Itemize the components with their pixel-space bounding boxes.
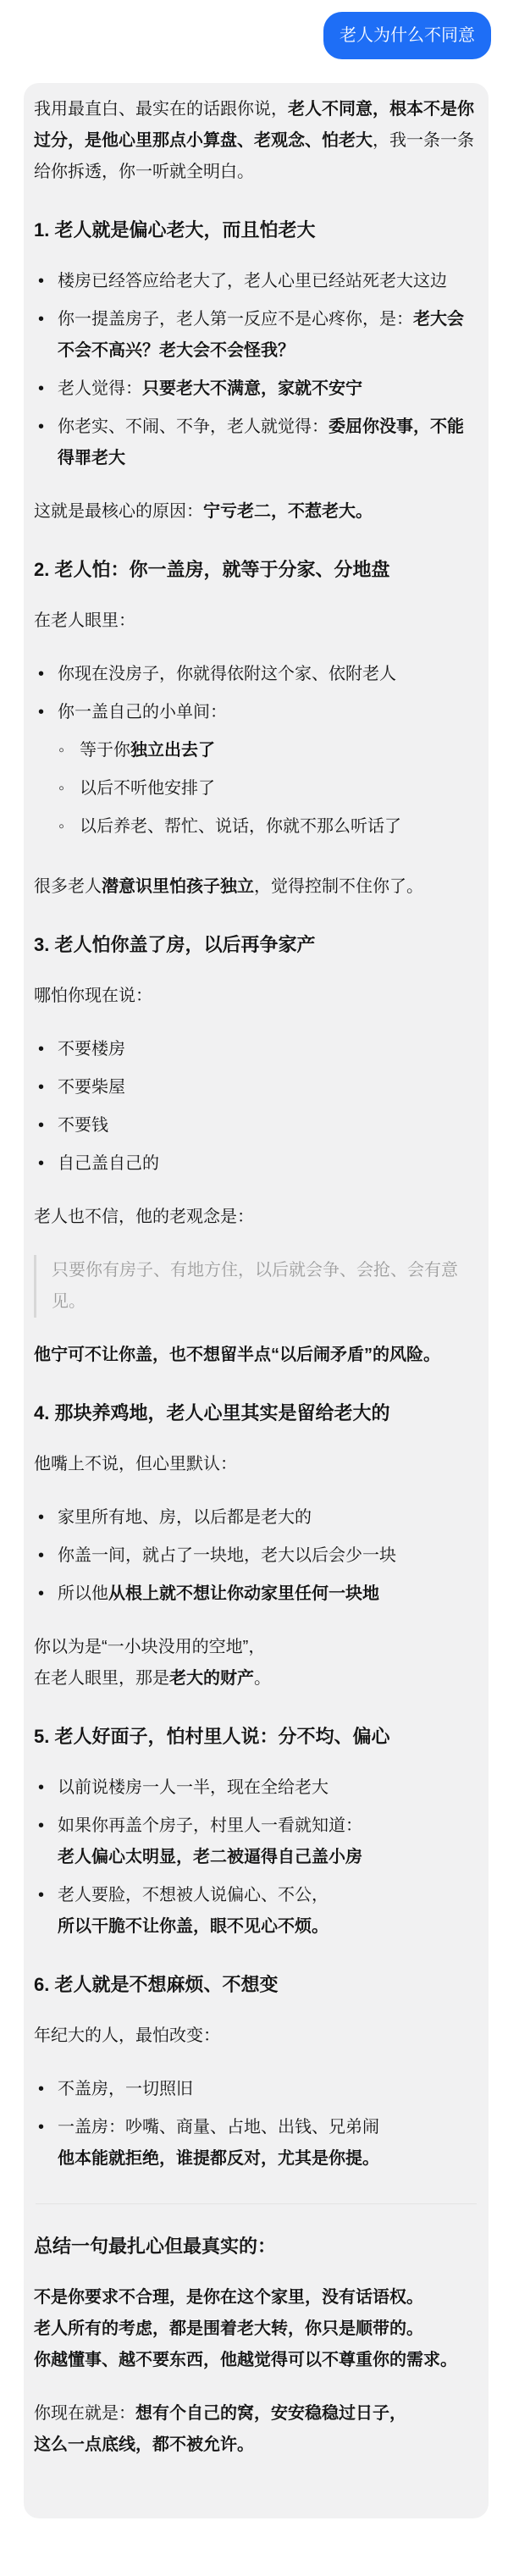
section-heading: 5. 老人好面子，怕村里人说：分不均、偏心	[34, 1723, 478, 1750]
text-run: 潜意识里怕孩子独立	[102, 877, 254, 896]
text-run: 在老人眼里，那是	[34, 1669, 169, 1688]
text-run: 很多老人	[34, 877, 102, 896]
text-run: 楼房已经答应给老大了，老人心里已经站死老大这边	[58, 272, 447, 290]
paragraph: 你以为是“一小块没用的空地”，在老人眼里，那是老大的财产。	[34, 1632, 478, 1694]
bullet-item-text: 你盖一间，就占了一块地，老大以后会少一块	[58, 1540, 478, 1572]
text-run: 我用最直白、最实在的话跟你说，	[34, 100, 288, 119]
bullet-icon: •	[34, 1540, 58, 1572]
blockquote: 只要你有房子、有地方住，以后就会争、会抢、会有意见。	[34, 1255, 478, 1318]
text-run: 总结一句最扎心但最真实的：	[34, 2236, 276, 2257]
paragraph: 老人也不信，他的老观念是：	[34, 1202, 478, 1233]
text-run: 以后不听他安排了	[80, 779, 215, 798]
sub-bullet-icon: ◦	[58, 735, 80, 766]
text-run: 不要钱	[58, 1116, 108, 1135]
section-heading: 2. 老人怕：你一盖房，就等于分家、分地盘	[34, 556, 478, 583]
bullet-item: •楼房已经答应给老大了，老人心里已经站死老大这边	[34, 266, 478, 297]
bullet-item: •一盖房：吵嘴、商量、占地、出钱、兄弟闹他本能就拒绝，谁提都反对，尤其是你提。	[34, 2112, 478, 2175]
bullet-item-text: 老人觉得：只要老大不满意，家就不安宁	[58, 373, 478, 405]
text-run: 你现在就是：	[34, 2404, 135, 2423]
assistant-message-bubble: 我用最直白、最实在的话跟你说，老人不同意，根本不是你过分，是他心里那点小算盘、老…	[24, 83, 489, 2518]
bullet-item-text: 不要柴屋	[58, 1072, 478, 1103]
bullet-icon: •	[34, 1502, 58, 1534]
text-run: 老人偏心太明显，老二被逼得自己盖小房	[58, 1848, 362, 1866]
bullet-list: •你现在没房子，你就得依附这个家、依附老人•你一盖自己的小单间：◦等于你独立出去…	[34, 659, 478, 849]
bullet-list: •不要楼房•不要柴屋•不要钱•自己盖自己的	[34, 1034, 478, 1180]
bullet-item-text: 不要楼房	[58, 1034, 478, 1065]
section-heading: 6. 老人就是不想麻烦、不想变	[34, 1971, 478, 1998]
bullet-item: •如果你再盖个房子，村里人一看就知道：老人偏心太明显，老二被逼得自己盖小房	[34, 1810, 478, 1873]
text-run: 你老实、不闹、不争，老人就觉得：	[58, 417, 329, 436]
bullet-list: •家里所有地、房，以后都是老大的•你盖一间，就占了一块地，老大以后会少一块•所以…	[34, 1502, 478, 1610]
bullet-item-text: 你一提盖房子，老人第一反应不是心疼你，是：老大会不会不高兴？老大会不会怪我？	[58, 304, 478, 367]
section-heading: 总结一句最扎心但最真实的：	[34, 2233, 478, 2260]
paragraph: 哪怕你现在说：	[34, 981, 478, 1012]
text-run: 一盖房：吵嘴、商量、占地、出钱、兄弟闹	[58, 2118, 379, 2137]
text-run: 如果你再盖个房子，村里人一看就知道：	[58, 1816, 362, 1835]
section-heading: 1. 老人就是偏心老大，而且怕老大	[34, 217, 478, 244]
bullet-icon: •	[34, 1880, 58, 1943]
chat-thread: 老人为什么不同意 我用最直白、最实在的话跟你说，老人不同意，根本不是你过分，是他…	[0, 0, 508, 2518]
text-run: 只要你有房子、有地方住，以后就会争、会抢、会有意见。	[52, 1261, 458, 1311]
bullet-item: •所以他从根上就不想让你动家里任何一块地	[34, 1578, 478, 1610]
text-run: 2. 老人怕：你一盖房，就等于分家、分地盘	[34, 559, 389, 580]
bullet-item: •不要钱	[34, 1110, 478, 1142]
paragraph: 这就是最核心的原因：宁亏老二，不惹老大。	[34, 496, 478, 528]
section-heading: 3. 老人怕你盖了房，以后再争家产	[34, 931, 478, 959]
bullet-item-text: 家里所有地、房，以后都是老大的	[58, 1502, 478, 1534]
text-run: 不盖房，一切照旧	[58, 2080, 193, 2098]
bullet-item: •你现在没房子，你就得依附这个家、依附老人	[34, 659, 478, 690]
bullet-icon: •	[34, 1578, 58, 1610]
bullet-icon: •	[34, 1034, 58, 1065]
bullet-list: •楼房已经答应给老大了，老人心里已经站死老大这边•你一提盖房子，老人第一反应不是…	[34, 266, 478, 474]
text-run: 不是你要求不合理，是你在这个家里，没有话语权。	[34, 2288, 423, 2307]
paragraph: 他宁可不让你盖，也不想留半点“以后闹矛盾”的风险。	[34, 1340, 478, 1371]
bullet-icon: •	[34, 373, 58, 405]
text-run: 1. 老人就是偏心老大，而且怕老大	[34, 219, 315, 240]
paragraph: 在老人眼里：	[34, 605, 478, 637]
text-run: 家里所有地、房，以后都是老大的	[58, 1508, 312, 1527]
assistant-content: 我用最直白、最实在的话跟你说，老人不同意，根本不是你过分，是他心里那点小算盘、老…	[34, 94, 478, 2461]
paragraph: 年纪大的人，最怕改变：	[34, 2020, 478, 2052]
text-run: 不要楼房	[58, 1040, 125, 1059]
bullet-item-text: 一盖房：吵嘴、商量、占地、出钱、兄弟闹他本能就拒绝，谁提都反对，尤其是你提。	[58, 2112, 478, 2175]
text-run: 老人所有的考虑，都是围着老大转，你只是顺带的。	[34, 2319, 423, 2338]
paragraph: 很多老人潜意识里怕孩子独立，觉得控制不住你了。	[34, 871, 478, 903]
sub-bullet-item-text: 等于你独立出去了	[80, 735, 478, 766]
bullet-list: •以前说楼房一人一半，现在全给老大•如果你再盖个房子，村里人一看就知道：老人偏心…	[34, 1772, 478, 1943]
text-run: 你现在没房子，你就得依附这个家、依附老人	[58, 665, 396, 683]
user-message-row: 老人为什么不同意	[0, 12, 508, 59]
bullet-item: •不要楼房	[34, 1034, 478, 1065]
text-run: 宁亏老二，不惹老大。	[203, 502, 373, 521]
bullet-item: •老人觉得：只要老大不满意，家就不安宁	[34, 373, 478, 405]
text-run: 老人也不信，他的老观念是：	[34, 1208, 254, 1226]
bullet-item-text: 所以他从根上就不想让你动家里任何一块地	[58, 1578, 478, 1610]
bullet-item-text: 楼房已经答应给老大了，老人心里已经站死老大这边	[58, 266, 478, 297]
text-run: ，觉得控制不住你了。	[254, 877, 423, 896]
divider	[36, 2203, 477, 2204]
bullet-item-text: 不要钱	[58, 1110, 478, 1142]
text-run: 老大的财产	[169, 1669, 254, 1688]
text-run: 他嘴上不说，但心里默认：	[34, 1455, 237, 1473]
text-run: 这就是最核心的原因：	[34, 502, 203, 521]
sub-bullet-item: ◦等于你独立出去了	[58, 735, 478, 766]
text-run: 哪怕你现在说：	[34, 987, 152, 1005]
bullet-icon: •	[34, 304, 58, 367]
paragraph: 我用最直白、最实在的话跟你说，老人不同意，根本不是你过分，是他心里那点小算盘、老…	[34, 94, 478, 188]
text-run: 所以干脆不让你盖，眼不见心不烦。	[58, 1917, 329, 1936]
bullet-icon: •	[34, 2112, 58, 2175]
text-run: 4. 那块养鸡地，老人心里其实是留给老大的	[34, 1402, 389, 1423]
bullet-item: •不要柴屋	[34, 1072, 478, 1103]
bullet-item: •老人要脸，不想被人说偏心、不公，所以干脆不让你盖，眼不见心不烦。	[34, 1880, 478, 1943]
sub-bullet-icon: ◦	[58, 811, 80, 843]
bullet-icon: •	[34, 266, 58, 297]
sub-bullet-item: ◦以后养老、帮忙、说话，你就不那么听话了	[58, 811, 478, 843]
bullet-item: •你盖一间，就占了一块地，老大以后会少一块	[34, 1540, 478, 1572]
text-run: 不要柴屋	[58, 1078, 125, 1097]
text-run: 以前说楼房一人一半，现在全给老大	[58, 1778, 329, 1797]
text-run: 。	[254, 1669, 271, 1688]
bullet-icon: •	[34, 412, 58, 474]
bullet-item-text: 你一盖自己的小单间：◦等于你独立出去了◦以后不听他安排了◦以后养老、帮忙、说话，…	[58, 697, 478, 849]
text-run: 你一提盖房子，老人第一反应不是心疼你，是：	[58, 310, 413, 329]
paragraph: 不是你要求不合理，是你在这个家里，没有话语权。老人所有的考虑，都是围着老大转，你…	[34, 2282, 478, 2376]
bullet-icon: •	[34, 1148, 58, 1180]
sub-bullet-item-text: 以后养老、帮忙、说话，你就不那么听话了	[80, 811, 478, 843]
text-run: 他宁可不让你盖，也不想留半点“以后闹矛盾”的风险。	[34, 1346, 440, 1364]
text-run: 所以他	[58, 1584, 108, 1603]
bullet-item-text: 自己盖自己的	[58, 1148, 478, 1180]
blockquote-text: 只要你有房子、有地方住，以后就会争、会抢、会有意见。	[52, 1255, 478, 1318]
text-run: 想有个自己的窝，安安稳稳过日子，	[135, 2404, 406, 2423]
text-run: 你盖一间，就占了一块地，老大以后会少一块	[58, 1546, 396, 1565]
bullet-item-text: 如果你再盖个房子，村里人一看就知道：老人偏心太明显，老二被逼得自己盖小房	[58, 1810, 478, 1873]
bullet-item: •你老实、不闹、不争，老人就觉得：委屈你没事，不能得罪老大	[34, 412, 478, 474]
user-message-text: 老人为什么不同意	[340, 26, 475, 45]
bullet-item: •自己盖自己的	[34, 1148, 478, 1180]
text-run: 3. 老人怕你盖了房，以后再争家产	[34, 934, 315, 955]
user-message-bubble: 老人为什么不同意	[323, 12, 491, 59]
bullet-item: •你一提盖房子，老人第一反应不是心疼你，是：老大会不会不高兴？老大会不会怪我？	[34, 304, 478, 367]
sub-bullet-item-text: 以后不听他安排了	[80, 773, 478, 804]
text-run: 你一盖自己的小单间：	[58, 703, 227, 721]
bullet-icon: •	[34, 659, 58, 690]
bullet-item-text: 不盖房，一切照旧	[58, 2074, 478, 2105]
bullet-item: •你一盖自己的小单间：◦等于你独立出去了◦以后不听他安排了◦以后养老、帮忙、说话…	[34, 697, 478, 849]
text-run: 你以为是“一小块没用的空地”，	[34, 1638, 265, 1656]
bullet-item: •家里所有地、房，以后都是老大的	[34, 1502, 478, 1534]
bullet-icon: •	[34, 697, 58, 849]
text-run: 自己盖自己的	[58, 1154, 159, 1173]
bullet-item-text: 你现在没房子，你就得依附这个家、依附老人	[58, 659, 478, 690]
paragraph: 他嘴上不说，但心里默认：	[34, 1449, 478, 1480]
section-heading: 4. 那块养鸡地，老人心里其实是留给老大的	[34, 1400, 478, 1427]
text-run: 老人要脸，不想被人说偏心、不公，	[58, 1886, 329, 1904]
text-run: 6. 老人就是不想麻烦、不想变	[34, 1974, 278, 1995]
bullet-item-text: 以前说楼房一人一半，现在全给老大	[58, 1772, 478, 1804]
bullet-item: •以前说楼房一人一半，现在全给老大	[34, 1772, 478, 1804]
text-run: 以后养老、帮忙、说话，你就不那么听话了	[80, 817, 401, 836]
text-run: 年纪大的人，最怕改变：	[34, 2026, 220, 2045]
sub-bullet-list: ◦等于你独立出去了◦以后不听他安排了◦以后养老、帮忙、说话，你就不那么听话了	[58, 735, 478, 843]
bullet-item-text: 老人要脸，不想被人说偏心、不公，所以干脆不让你盖，眼不见心不烦。	[58, 1880, 478, 1943]
sub-bullet-item: ◦以后不听他安排了	[58, 773, 478, 804]
text-run: 独立出去了	[130, 741, 215, 760]
sub-bullet-icon: ◦	[58, 773, 80, 804]
text-run: 5. 老人好面子，怕村里人说：分不均、偏心	[34, 1726, 389, 1747]
bullet-item: •不盖房，一切照旧	[34, 2074, 478, 2105]
bullet-list: •不盖房，一切照旧•一盖房：吵嘴、商量、占地、出钱、兄弟闹他本能就拒绝，谁提都反…	[34, 2074, 478, 2175]
bullet-item-text: 你老实、不闹、不争，老人就觉得：委屈你没事，不能得罪老大	[58, 412, 478, 474]
text-run: 老人觉得：	[58, 379, 142, 398]
bullet-icon: •	[34, 1810, 58, 1873]
text-run: 在老人眼里：	[34, 611, 135, 630]
bullet-icon: •	[34, 1772, 58, 1804]
text-run: 等于你	[80, 741, 130, 760]
bullet-icon: •	[34, 1072, 58, 1103]
text-run: 你越懂事、越不要东西，他越觉得可以不尊重你的需求。	[34, 2351, 457, 2369]
text-run: 他本能就拒绝，谁提都反对，尤其是你提。	[58, 2149, 379, 2168]
text-run: 从根上就不想让你动家里任何一块地	[108, 1584, 379, 1603]
bullet-icon: •	[34, 2074, 58, 2105]
text-run: 这么一点底线，都不被允许。	[34, 2435, 254, 2454]
text-run: 只要老大不满意，家就不安宁	[142, 379, 362, 398]
bullet-icon: •	[34, 1110, 58, 1142]
paragraph: 你现在就是：想有个自己的窝，安安稳稳过日子，这么一点底线，都不被允许。	[34, 2398, 478, 2461]
